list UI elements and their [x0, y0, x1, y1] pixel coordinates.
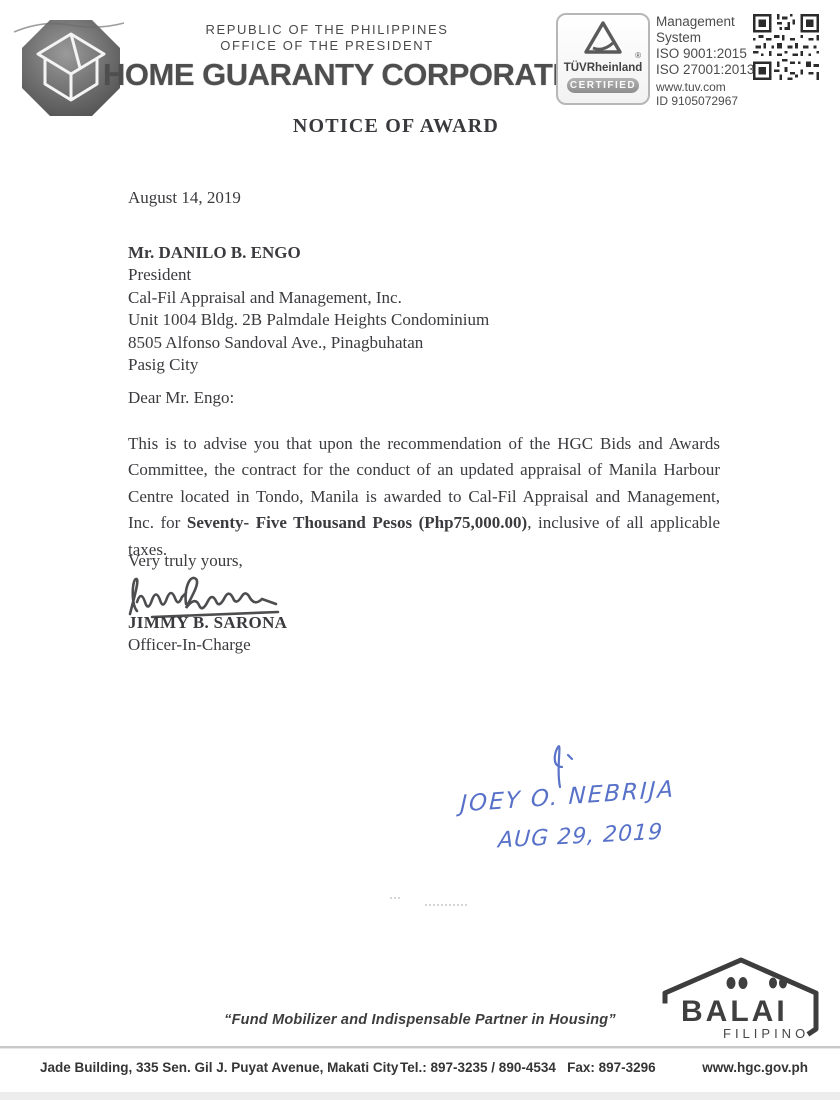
recipient-block: Mr. DANILO B. ENGO President Cal-Fil App…	[128, 242, 489, 376]
cert-line: ISO 9001:2015	[656, 46, 756, 62]
balai-sub-label: FILIPINO	[723, 1026, 809, 1041]
scan-smudge	[425, 904, 467, 906]
letterhead: REPUBLIC OF THE PHILIPPINES OFFICE OF TH…	[103, 22, 551, 93]
recipient-line: Pasig City	[128, 354, 489, 376]
office-line: OFFICE OF THE PRESIDENT	[103, 38, 551, 54]
scanned-letter-page: REPUBLIC OF THE PHILIPPINES OFFICE OF TH…	[0, 0, 840, 1100]
recipient-name: Mr. DANILO B. ENGO	[128, 242, 489, 264]
scan-smudge	[390, 897, 400, 899]
scan-edge-strip	[0, 1092, 840, 1100]
tuv-certification-badge: TÜVRheinland ® CERTIFIED	[556, 13, 650, 105]
website-url: www.hgc.gov.ph	[702, 1060, 808, 1075]
signatory-name: JIMMY B. SARONA	[128, 613, 287, 633]
tuv-url: www.tuv.com	[656, 80, 766, 94]
cert-line: ISO 27001:2013	[656, 62, 756, 78]
certified-label: CERTIFIED	[567, 78, 639, 93]
org-name: HOME GUARANTY CORPORATION	[103, 57, 551, 93]
recipient-line: Unit 1004 Bldg. 2B Palmdale Heights Cond…	[128, 309, 489, 331]
qr-code	[753, 14, 819, 80]
tuv-triangle-icon	[582, 20, 624, 56]
footer-divider	[0, 1046, 840, 1048]
cert-line: Management	[656, 14, 756, 30]
balai-wordmark: BALAI	[681, 995, 788, 1028]
office-address: Jade Building, 335 Sen. Gil J. Puyat Ave…	[40, 1060, 398, 1075]
recipient-line: 8505 Alfonso Sandoval Ave., Pinagbuhatan	[128, 332, 489, 354]
cert-management-text: Management System ISO 9001:2015 ISO 2700…	[656, 14, 756, 78]
balai-filipino-logo: BALAI FILIPINO	[657, 953, 825, 1043]
award-amount: Seventy- Five Thousand Pesos (Php75,000.…	[187, 513, 527, 532]
document-title: NOTICE OF AWARD	[0, 115, 792, 138]
cert-sub-text: www.tuv.com ID 9105072967	[656, 80, 766, 108]
signatory-role: Officer-In-Charge	[128, 635, 251, 655]
recipient-line: Cal-Fil Appraisal and Management, Inc.	[128, 287, 489, 309]
recipient-line: President	[128, 264, 489, 286]
closing-line: Very truly yours,	[128, 551, 243, 571]
letter-date: August 14, 2019	[128, 188, 241, 208]
handwritten-received-date: Aug 29, 2019	[497, 820, 663, 854]
phone-fax: Tel.: 897-3235 / 890-4534 Fax: 897-3296	[400, 1060, 656, 1075]
salutation: Dear Mr. Engo:	[128, 388, 234, 408]
tuv-id: ID 9105072967	[656, 94, 766, 108]
letter-body: This is to advise you that upon the reco…	[128, 431, 720, 563]
registered-mark: ®	[635, 51, 641, 60]
republic-line: REPUBLIC OF THE PHILIPPINES	[103, 22, 551, 38]
tuv-brand-label: TÜVRheinland	[558, 62, 648, 74]
cert-line: System	[656, 30, 756, 46]
